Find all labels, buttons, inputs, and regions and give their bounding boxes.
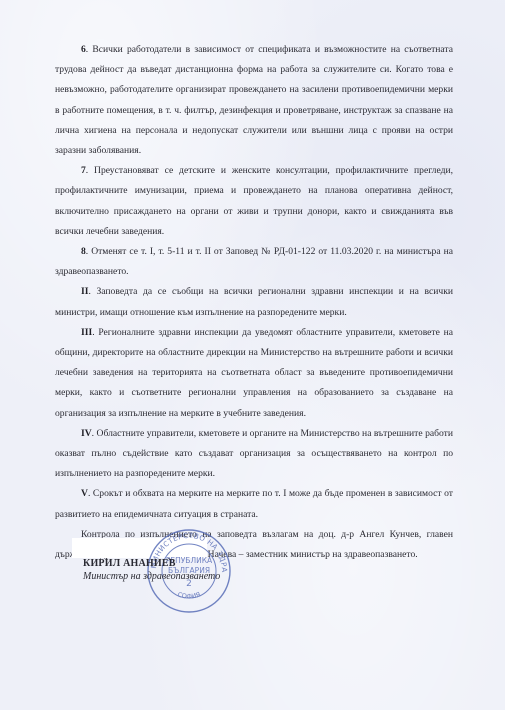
paragraph-8: 8. Отменят се т. I, т. 5-11 и т. II от З… bbox=[55, 242, 453, 282]
paragraph-text: . Срокът и обхвата на мерките на мерките… bbox=[55, 488, 453, 519]
stamp-bottom-text: СОФИЯ bbox=[176, 590, 201, 600]
paragraph-text: . Регионалните здравни инспекции да увед… bbox=[55, 327, 453, 419]
paragraph-II: II. Заповедта да се съобщи на всички рег… bbox=[55, 282, 453, 322]
paragraph-text: . Отменят се т. I, т. 5-11 и т. II от За… bbox=[55, 246, 453, 277]
paragraph-7: 7. Преустановяват се детските и женските… bbox=[55, 161, 453, 242]
paragraph-marker: IV bbox=[81, 428, 92, 439]
paragraph-text: . Заповедта да се съобщи на всички регио… bbox=[55, 286, 453, 317]
paragraph-text: . Всички работодатели в зависимост от сп… bbox=[55, 44, 453, 156]
paragraph-III: III. Регионалните здравни инспекции да у… bbox=[55, 323, 453, 424]
paragraph-marker: III bbox=[81, 327, 92, 338]
signatory-name: КИРИЛ АНАНИЕВ bbox=[83, 557, 220, 570]
svg-text:СОФИЯ: СОФИЯ bbox=[176, 590, 201, 600]
paragraph-text: . Преустановяват се детските и женските … bbox=[55, 165, 453, 237]
paragraph-V: V. Срокът и обхвата на мерките на меркит… bbox=[55, 484, 453, 524]
signature-block: КИРИЛ АНАНИЕВ Министър на здравеопазване… bbox=[83, 557, 220, 583]
paragraph-IV: IV. Областните управители, кметовете и о… bbox=[55, 424, 453, 485]
paragraph-6: 6. Всички работодатели в зависимост от с… bbox=[55, 40, 453, 161]
document-body: 6. Всички работодатели в зависимост от с… bbox=[55, 40, 453, 565]
signatory-title: Министър на здравеопазването bbox=[83, 570, 220, 583]
paragraph-text: . Областните управители, кметовете и орг… bbox=[55, 428, 453, 479]
paragraph-marker: V bbox=[81, 488, 88, 499]
